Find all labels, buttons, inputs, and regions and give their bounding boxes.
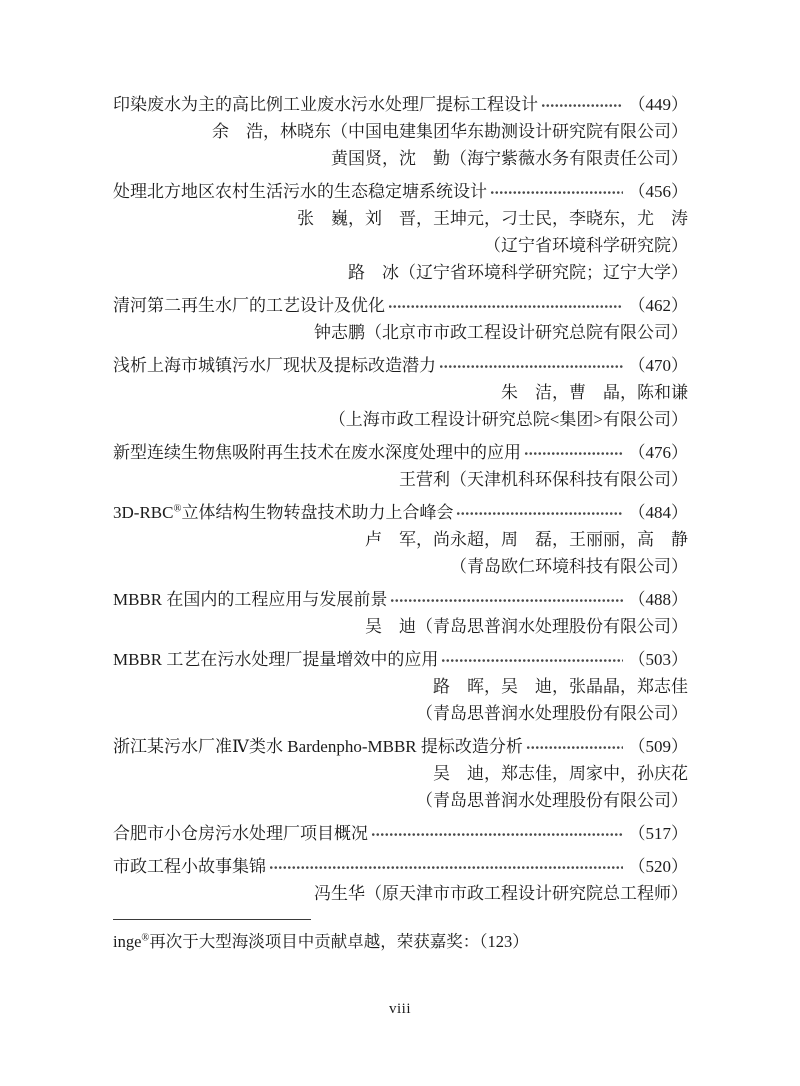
toc-entry: 处理北方地区农村生活污水的生态稳定塘系统设计 （456） 张 巍，刘 晋，王坤元… bbox=[113, 178, 688, 286]
toc-title-row: 合肥市小仓房污水处理厂项目概况 （517） bbox=[113, 820, 688, 847]
toc-title-row: 新型连续生物焦吸附再生技术在废水深度处理中的应用 （476） bbox=[113, 439, 688, 466]
dot-leader bbox=[524, 439, 623, 466]
toc-entry-page-number: （476） bbox=[629, 439, 689, 466]
toc-entry: 合肥市小仓房污水处理厂项目概况 （517） bbox=[113, 820, 688, 847]
toc-entry: MBBR 在国内的工程应用与发展前景 （488） 吴 迪（青岛思普润水处理股份有… bbox=[113, 586, 688, 640]
toc-author-line: 冯生华（原天津市市政工程设计研究院总工程师） bbox=[113, 880, 688, 907]
toc-entry-page-number: （462） bbox=[629, 292, 689, 319]
toc-author-line: 王营利（天津机科环保科技有限公司） bbox=[113, 466, 688, 493]
footnote-text: inge®再次于大型海淡项目中贡献卓越，荣获嘉奖：（123） bbox=[113, 928, 529, 955]
toc-entry-page-number: （449） bbox=[629, 91, 689, 118]
toc-author-line: 黄国贤，沈 勤（海宁紫薇水务有限责任公司） bbox=[113, 145, 688, 172]
toc-entry: 浅析上海市城镇污水厂现状及提标改造潜力 （470） 朱 洁，曹 晶，陈和谦 （上… bbox=[113, 352, 688, 433]
toc-entry-title: 浙江某污水厂准Ⅳ类水 Bardenpho-MBBR 提标改造分析 bbox=[113, 733, 523, 760]
toc-author-line: （青岛思普润水处理股份有限公司） bbox=[113, 700, 688, 727]
toc-author-line: 余 浩，林晓东（中国电建集团华东勘测设计研究院有限公司） bbox=[113, 118, 688, 145]
toc-list: 印染废水为主的高比例工业废水污水处理厂提标工程设计 （449） 余 浩，林晓东（… bbox=[113, 91, 688, 907]
toc-entry-title: 合肥市小仓房污水处理厂项目概况 bbox=[113, 820, 368, 847]
toc-entry: 3D-RBC®立体结构生物转盘技术助力上合峰会 （484） 卢 军，尚永超，周 … bbox=[113, 499, 688, 580]
toc-entry: 浙江某污水厂准Ⅳ类水 Bardenpho-MBBR 提标改造分析 （509） 吴… bbox=[113, 733, 688, 814]
toc-title-row: MBBR 在国内的工程应用与发展前景 （488） bbox=[113, 586, 688, 613]
toc-title-row: 浅析上海市城镇污水厂现状及提标改造潜力 （470） bbox=[113, 352, 688, 379]
toc-author-line: 钟志鹏（北京市市政工程设计研究总院有限公司） bbox=[113, 319, 688, 346]
toc-entry: 印染废水为主的高比例工业废水污水处理厂提标工程设计 （449） 余 浩，林晓东（… bbox=[113, 91, 688, 172]
dot-leader bbox=[441, 646, 622, 673]
toc-entry-page-number: （488） bbox=[629, 586, 689, 613]
toc-author-line: （上海市政工程设计研究总院<集团>有限公司） bbox=[113, 406, 688, 433]
toc-author-line: （辽宁省环境科学研究院） bbox=[113, 232, 688, 259]
dot-leader bbox=[388, 292, 623, 319]
toc-entry: 清河第二再生水厂的工艺设计及优化 （462） 钟志鹏（北京市市政工程设计研究总院… bbox=[113, 292, 688, 346]
toc-page: { "entries": [ { "title": "印染废水为主的高比例工业废… bbox=[0, 0, 800, 1086]
toc-entry-page-number: （517） bbox=[629, 820, 689, 847]
page-number: viii bbox=[0, 1001, 800, 1018]
toc-entry-title: MBBR 在国内的工程应用与发展前景 bbox=[113, 586, 387, 613]
footnote-divider bbox=[113, 919, 311, 920]
toc-title-row: 印染废水为主的高比例工业废水污水处理厂提标工程设计 （449） bbox=[113, 91, 688, 118]
toc-author-line: 吴 迪（青岛思普润水处理股份有限公司） bbox=[113, 613, 688, 640]
toc-author-line: （青岛思普润水处理股份有限公司） bbox=[113, 787, 688, 814]
dot-leader bbox=[490, 178, 623, 205]
dot-leader bbox=[456, 499, 622, 526]
toc-entry-title: MBBR 工艺在污水处理厂提量增效中的应用 bbox=[113, 646, 438, 673]
toc-entry-page-number: （509） bbox=[629, 733, 689, 760]
toc-title-row: MBBR 工艺在污水处理厂提量增效中的应用 （503） bbox=[113, 646, 688, 673]
toc-entry-title: 市政工程小故事集锦 bbox=[113, 853, 266, 880]
toc-entry-page-number: （520） bbox=[629, 853, 689, 880]
toc-entry-title: 浅析上海市城镇污水厂现状及提标改造潜力 bbox=[113, 352, 436, 379]
toc-author-line: 卢 军，尚永超，周 磊，王丽丽，高 静 bbox=[113, 526, 688, 553]
toc-entry: MBBR 工艺在污水处理厂提量增效中的应用 （503） 路 晖，吴 迪，张晶晶，… bbox=[113, 646, 688, 727]
dot-leader bbox=[371, 820, 623, 847]
dot-leader bbox=[439, 352, 623, 379]
toc-entry: 市政工程小故事集锦 （520） 冯生华（原天津市市政工程设计研究院总工程师） bbox=[113, 853, 688, 907]
toc-author-line: 吴 迪，郑志佳，周家中，孙庆花 bbox=[113, 760, 688, 787]
toc-title-row: 清河第二再生水厂的工艺设计及优化 （462） bbox=[113, 292, 688, 319]
toc-title-row: 市政工程小故事集锦 （520） bbox=[113, 853, 688, 880]
toc-entry-title: 印染废水为主的高比例工业废水污水处理厂提标工程设计 bbox=[113, 91, 538, 118]
toc-entry: 新型连续生物焦吸附再生技术在废水深度处理中的应用 （476） 王营利（天津机科环… bbox=[113, 439, 688, 493]
dot-leader bbox=[541, 91, 623, 118]
toc-entry-page-number: （503） bbox=[629, 646, 689, 673]
toc-author-line: 路 晖，吴 迪，张晶晶，郑志佳 bbox=[113, 673, 688, 700]
toc-author-line: （青岛欧仁环境科技有限公司） bbox=[113, 553, 688, 580]
toc-author-line: 朱 洁，曹 晶，陈和谦 bbox=[113, 379, 688, 406]
toc-title-row: 3D-RBC®立体结构生物转盘技术助力上合峰会 （484） bbox=[113, 499, 688, 526]
toc-title-row: 浙江某污水厂准Ⅳ类水 Bardenpho-MBBR 提标改造分析 （509） bbox=[113, 733, 688, 760]
toc-entry-title: 3D-RBC®立体结构生物转盘技术助力上合峰会 bbox=[113, 499, 453, 526]
toc-entry-page-number: （456） bbox=[629, 178, 689, 205]
dot-leader bbox=[390, 586, 622, 613]
toc-entry-title: 处理北方地区农村生活污水的生态稳定塘系统设计 bbox=[113, 178, 487, 205]
dot-leader bbox=[269, 853, 623, 880]
toc-author-line: 路 冰（辽宁省环境科学研究院；辽宁大学） bbox=[113, 259, 688, 286]
dot-leader bbox=[526, 733, 623, 760]
toc-entry-title: 清河第二再生水厂的工艺设计及优化 bbox=[113, 292, 385, 319]
toc-entry-page-number: （484） bbox=[629, 499, 689, 526]
toc-author-line: 张 巍，刘 晋，王坤元，刁士民，李晓东，尤 涛 bbox=[113, 205, 688, 232]
toc-entry-title: 新型连续生物焦吸附再生技术在废水深度处理中的应用 bbox=[113, 439, 521, 466]
toc-title-row: 处理北方地区农村生活污水的生态稳定塘系统设计 （456） bbox=[113, 178, 688, 205]
toc-entry-page-number: （470） bbox=[629, 352, 689, 379]
